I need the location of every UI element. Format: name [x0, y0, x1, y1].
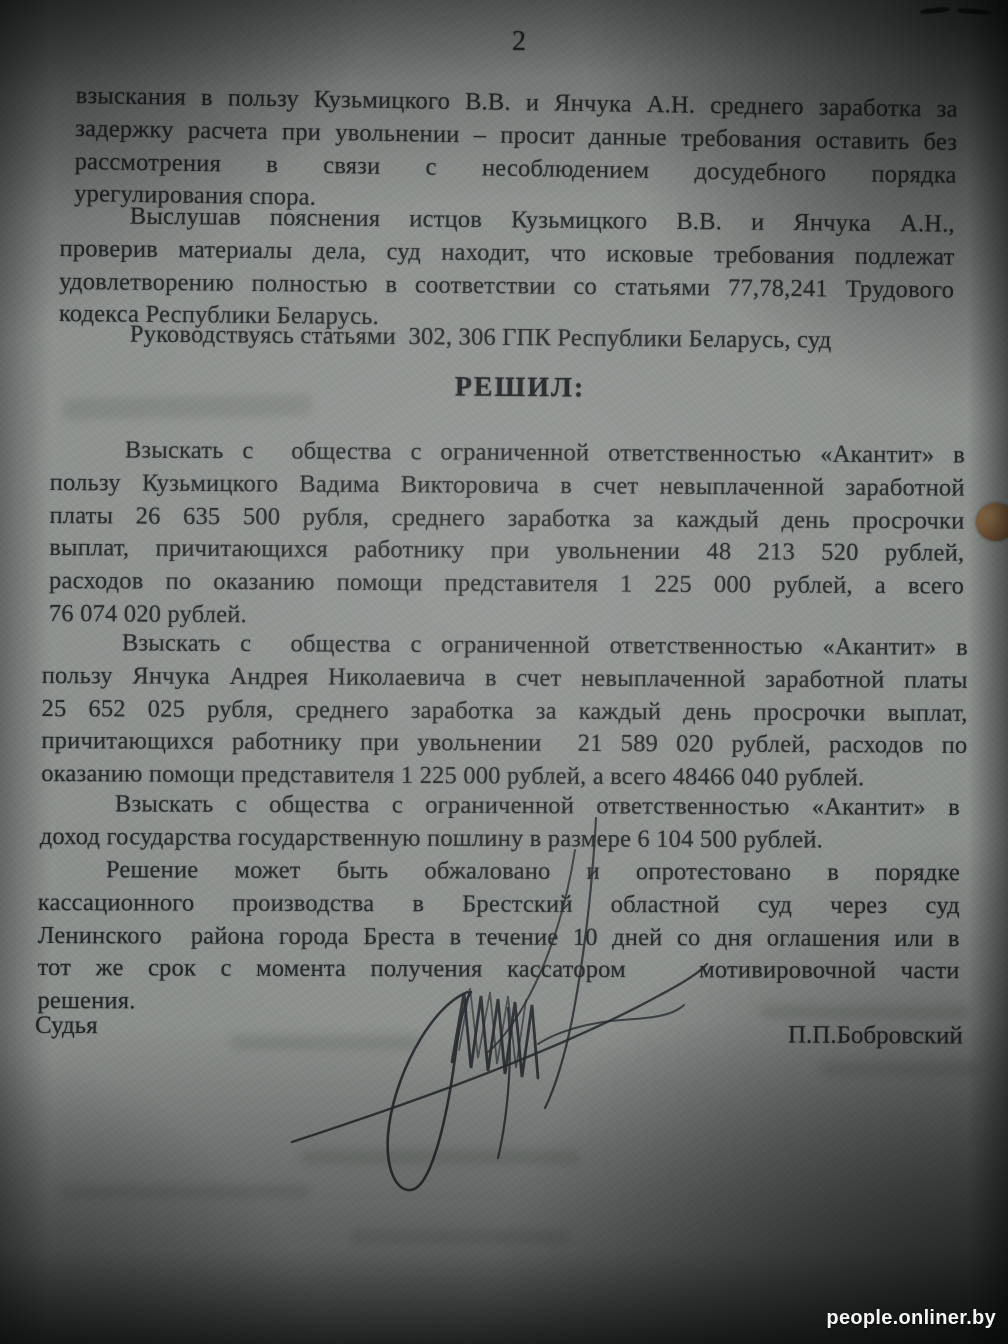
binder-mark: [920, 6, 950, 14]
bleed-through-smudge: [230, 1035, 420, 1050]
binder-mark: [958, 8, 992, 15]
text-line: Взыскать с общества с ограниченной ответ…: [42, 627, 968, 665]
document-photo: 2 взыскания в пользу Кузьмицкого В.В. и …: [0, 0, 1008, 1344]
watermark: people.onliner.by: [826, 1307, 996, 1330]
bleed-through-smudge: [300, 1150, 580, 1165]
bleed-through-smudge: [350, 1230, 570, 1244]
text-line: 25 652 025 рубля, среднего заработка за …: [41, 693, 967, 731]
page-number: 2: [30, 26, 1008, 58]
bleed-through-smudge: [820, 1062, 980, 1076]
paragraph-5: Взыскать с общества с ограниченной ответ…: [41, 627, 968, 796]
paragraph-3: Руководствуясь статьями 302, 306 ГПК Рес…: [60, 318, 955, 359]
text-line: расходов по оказанию помощи представител…: [49, 565, 964, 603]
text-line: Взыскать с общества с ограниченной ответ…: [40, 788, 960, 825]
text-line: доход государства государственную пошлин…: [40, 821, 960, 858]
paragraph-7: Решение может быть обжаловано и опротест…: [37, 854, 960, 1021]
text-line: Руководствуясь статьями 302, 306 ГПК Рес…: [60, 318, 955, 359]
text-line: Ленинского района города Бреста в течени…: [38, 920, 960, 956]
text-line: кассационного производства в Брестский о…: [38, 887, 960, 923]
paragraph-6: Взыскать с общества с ограниченной ответ…: [40, 788, 960, 858]
judge-title-label: Судья: [35, 1012, 98, 1040]
text-line: платы 26 635 500 рубля, среднего заработ…: [49, 500, 964, 538]
paragraph-4: Взыскать с общества с ограниченной ответ…: [49, 434, 965, 636]
text-line: пользу Кузьмицкого Вадима Викторовича в …: [50, 467, 965, 505]
text-line: пользу Янчука Андрея Николаевича в счет …: [42, 660, 968, 698]
text-line: решения.: [37, 985, 959, 1021]
text-line: выплат, причитающихся работнику при увол…: [49, 532, 964, 570]
decision-heading: РЕШИЛ:: [40, 369, 1000, 408]
bleed-through-smudge: [60, 1185, 310, 1199]
paper-stain: [976, 503, 1008, 541]
text-line: причитающихся работнику при увольнении 2…: [41, 725, 967, 763]
text-line: Решение может быть обжаловано и опротест…: [38, 854, 960, 890]
judge-name-label: П.П.Бобровский: [788, 1022, 963, 1051]
text-line: тот же срок с момента получения кассатор…: [38, 952, 960, 988]
text-line: Взыскать с общества с ограниченной ответ…: [50, 434, 965, 472]
